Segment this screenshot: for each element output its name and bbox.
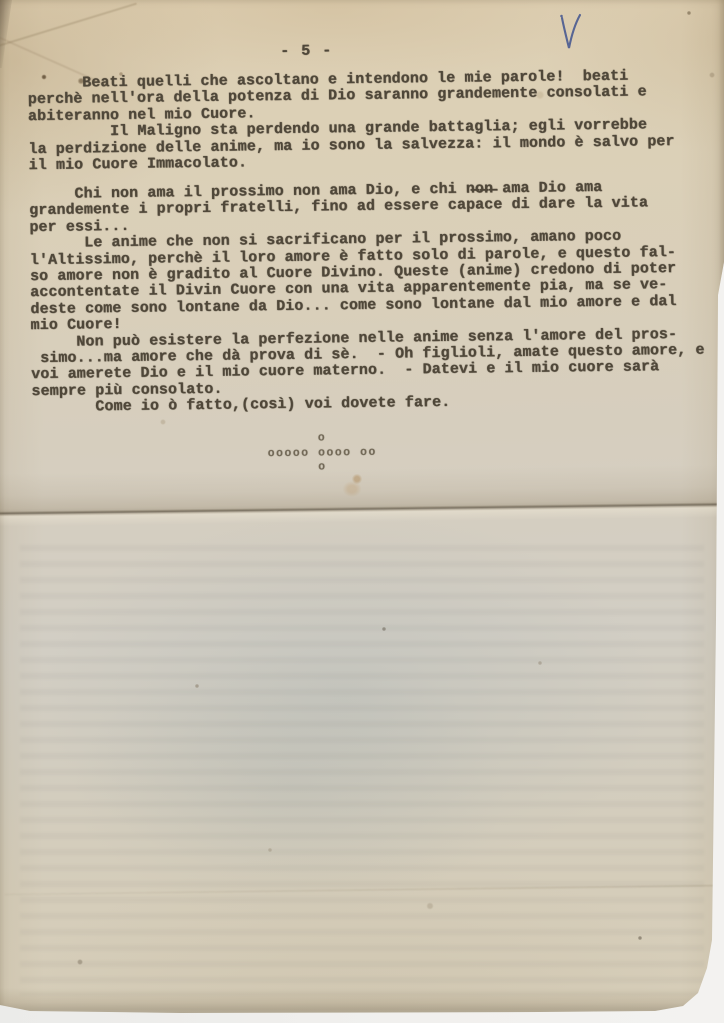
- scan-tilt-wrapper: - 5 - Beati quelli che ascoltano e inten…: [0, 0, 724, 1023]
- document-page: - 5 - Beati quelli che ascoltano e inten…: [0, 0, 724, 1023]
- handwritten-checkmark-icon: [556, 12, 586, 54]
- bottom-edge-shadow: [0, 988, 724, 1014]
- typed-ornament: o ooooo oooo oo o: [257, 431, 388, 476]
- scanned-page-background: - 5 - Beati quelli che ascoltano e inten…: [0, 0, 724, 1023]
- page-number: - 5 -: [280, 43, 333, 60]
- fold-crease-line: [0, 502, 724, 516]
- lower-fold-crease: [5, 884, 724, 895]
- typed-text-block-1: Beati quelli che ascoltano e intendono l…: [28, 68, 675, 175]
- typed-text-block-2: Chi non ama il prossimo non ama Dio, e c…: [29, 179, 705, 417]
- fold-crease-highlight: [0, 507, 724, 526]
